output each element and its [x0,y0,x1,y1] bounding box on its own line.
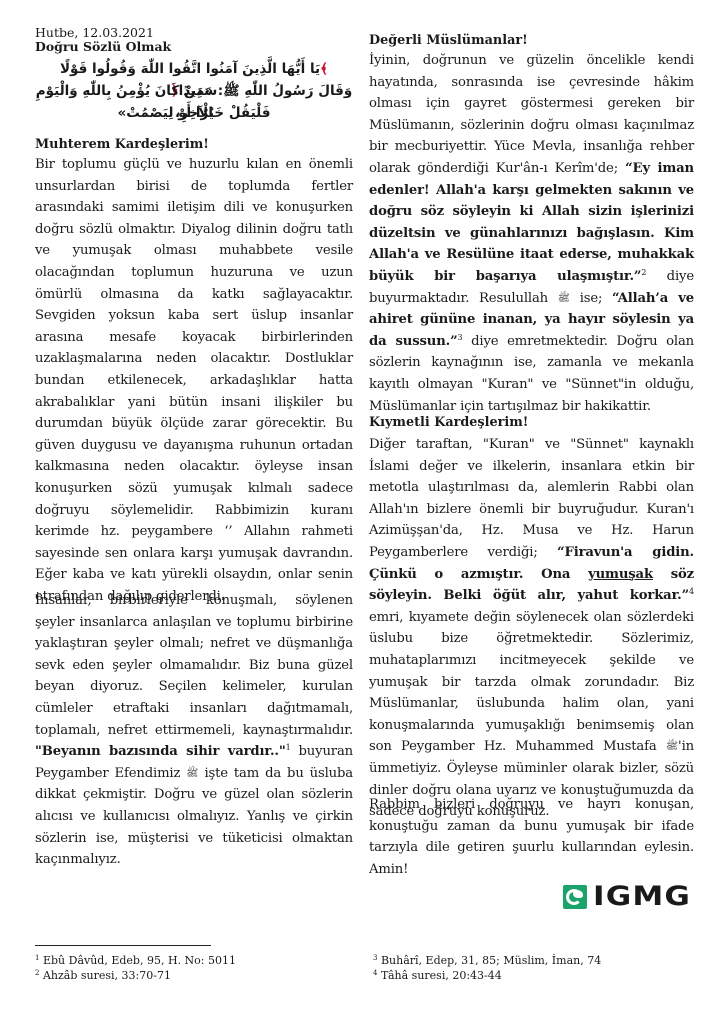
salawat-icon: ﷺ [558,293,570,304]
footnote-1: 1 Ebû Dâvûd, Edeb, 95, H. No: 5011 [35,953,236,968]
quran-quote: “Ey iman edenler! Allah'a karşı gelmekte… [369,161,694,284]
footnote-number: 2 [35,969,39,977]
arabic-hadith-line2: فَلْيَقُلْ خَيْرًا أَوْ لِيَصْمُتْ» [35,102,353,124]
footnote-text: Tâhâ suresi, 20:43-44 [381,969,502,982]
footnote-text: Ahzâb suresi, 33:70-71 [43,969,171,982]
igmg-crescent-icon [563,885,587,909]
salawat-icon: ﷺ [666,741,678,752]
para-text: Diğer taraftan, "Kuran" ve "Sünnet" kayn… [369,437,694,560]
footnote-divider [35,945,211,946]
left-paragraph-1: Bir toplumu güçlü ve huzurlu kılan en ön… [35,154,353,607]
salawat-icon: ﷺ [186,768,198,779]
heading-muhterem: Muhterem Kardeşlerim! [35,136,209,154]
footnote-number: 1 [35,954,39,962]
right-paragraph-3: Rabbim bizleri doğruyu ve hayrı konuşan,… [369,794,694,880]
sermon-title: Doğru Sözlü Olmak [35,39,171,55]
igmg-logo: IGMG [563,882,691,912]
heading-degerli: Değerli Müslümanlar! [369,32,528,50]
underlined-word: yumuşak [588,567,653,582]
footnote-number: 3 [373,954,377,962]
para-text: emri, kıyamete değin söylenecek olan söz… [369,610,694,755]
footnote-2: 2 Ahzâb suresi, 33:70-71 [35,968,171,983]
ornament-open-icon: ﴾ [320,61,328,77]
footnote-number: 4 [373,969,377,977]
logo-text: IGMG [593,882,691,912]
heading-kiymetli: Kıymetli Kardeşlerim! [369,414,528,432]
footnote-3: 3 Buhârî, Edep, 31, 85; Müslim, İman, 74 [373,953,601,968]
right-paragraph-1: İyinin, doğrunun ve güzelin öncelikle ke… [369,50,694,417]
right-paragraph-2: Diğer taraftan, "Kuran" ve "Sünnet" kayn… [369,434,694,823]
para-text: ise; [570,291,612,306]
para-text: İyinin, doğrunun ve güzelin öncelikle ke… [369,53,694,176]
footnote-ref-4[interactable]: 4 [689,587,694,596]
hadith-quote: "Beyanın bazısında sihir vardır.." [35,744,286,759]
footnote-text: Ebû Dâvûd, Edeb, 95, H. No: 5011 [43,954,236,967]
footnote-text: Buhârî, Edep, 31, 85; Müslim, İman, 74 [381,954,601,967]
para-text: İnsanlar, birbirleriyle konuşmalı, söyle… [35,593,353,738]
footnote-4: 4 Tâhâ suresi, 20:43-44 [373,968,502,983]
left-paragraph-2: İnsanlar, birbirleriyle konuşmalı, söyle… [35,590,353,871]
